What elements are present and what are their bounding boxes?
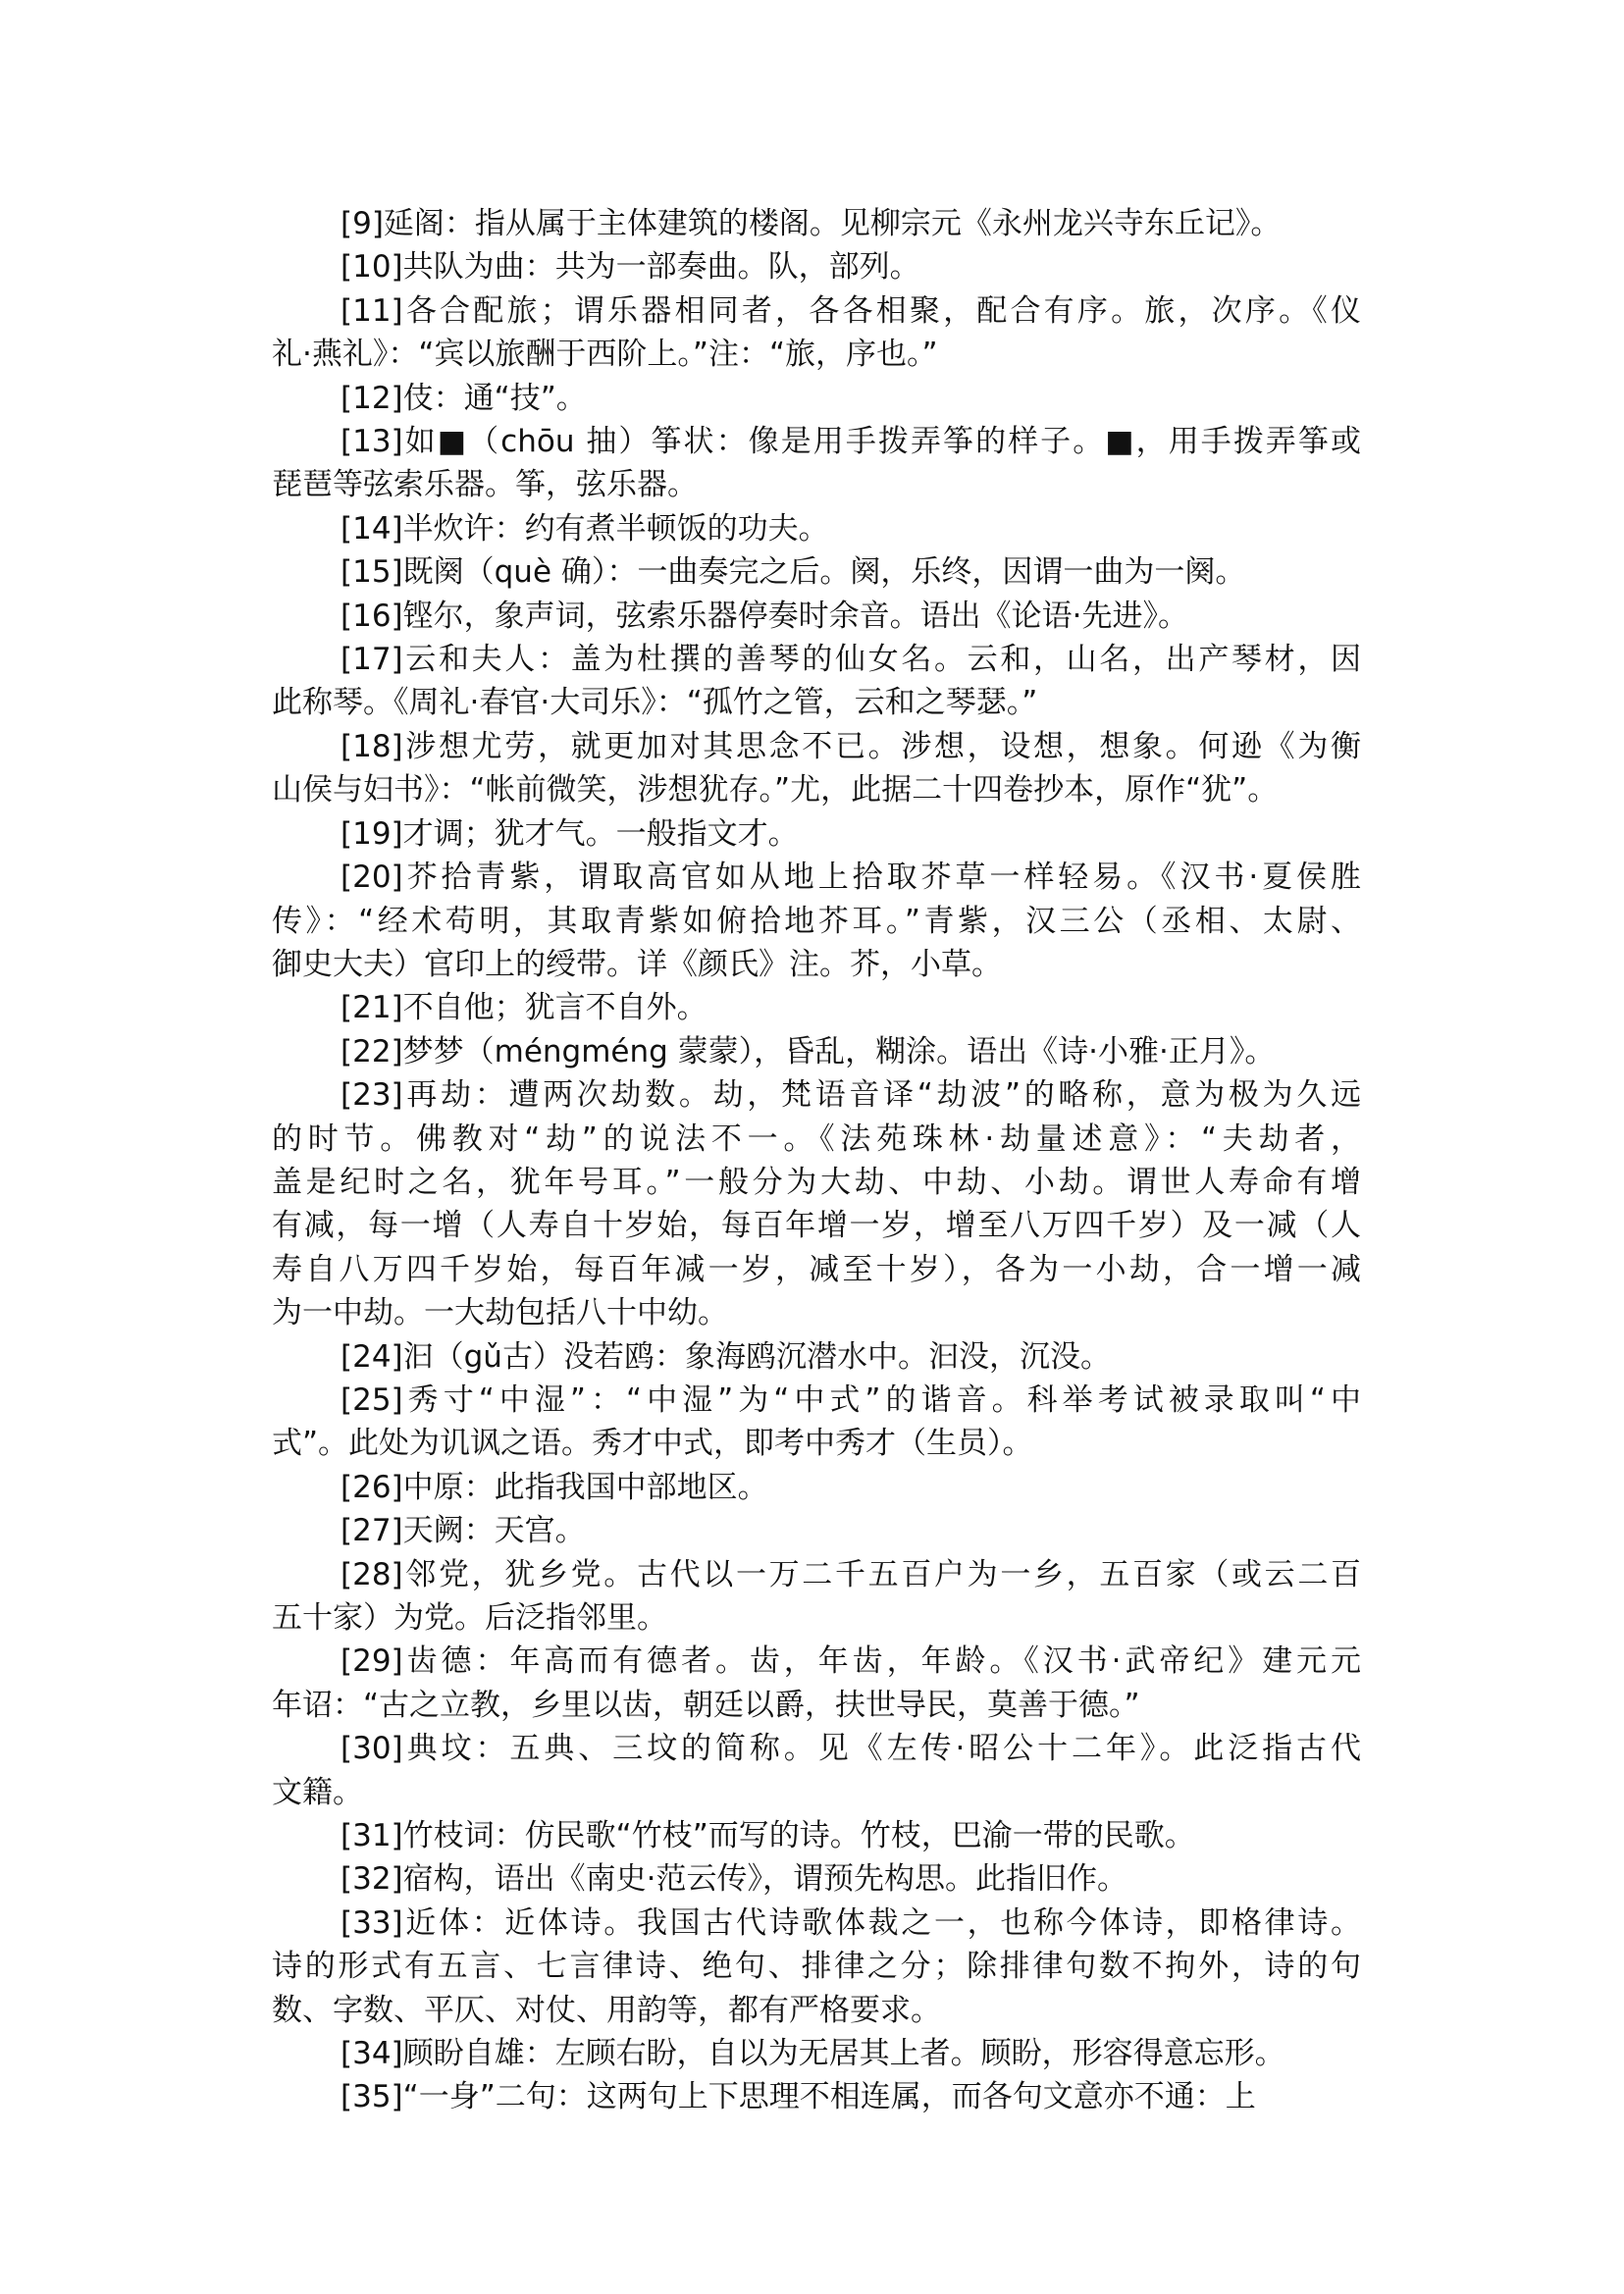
footnote-21: [21]不自他；犹言不自外。 — [272, 986, 1361, 1029]
footnote-line: [14]半炊许：约有煮半顿饭的功夫。 — [272, 507, 1361, 550]
footnote-line: [20]芥拾青紫，谓取高官如从地上拾取芥草一样轻易。《汉书·夏侯胜 — [272, 856, 1361, 899]
footnote-line: [9]延阁：指从属于主体建筑的楼阁。见柳宗元《永州龙兴寺东丘记》。 — [272, 202, 1361, 245]
footnote-10: [10]共队为曲：共为一部奏曲。队，部列。 — [272, 245, 1361, 288]
footnote-line: [25]秀寸“中湿”：“中湿”为“中式”的谐音。科举考试被录取叫“中 — [272, 1379, 1361, 1422]
footnote-line: [19]才调；犹才气。一般指文才。 — [272, 812, 1361, 856]
footnote-line: 寿自八万四千岁始，每百年减一岁，减至十岁），各为一小劫，合一增一减 — [272, 1248, 1361, 1291]
footnote-line: 此称琴。《周礼·春官·大司乐》：“孤竹之管，云和之琴瑟。” — [272, 681, 1361, 724]
footnote-17: [17]云和夫人：盖为杜撰的善琴的仙女名。云和，山名，出产琴材，因此称琴。《周礼… — [272, 638, 1361, 725]
footnote-line: [18]涉想尤劳，就更加对其思念不已。涉想，设想，想象。何逊《为衡 — [272, 725, 1361, 768]
footnote-32: [32]宿构，语出《南史·范云传》，谓预先构思。此指旧作。 — [272, 1857, 1361, 1901]
footnote-33: [33]近体：近体诗。我国古代诗歌体裁之一，也称今体诗，即格律诗。诗的形式有五言… — [272, 1902, 1361, 2032]
footnote-line: [28]邻党，犹乡党。古代以一万二千五百户为一乡，五百家（或云二百 — [272, 1553, 1361, 1596]
footnote-line: 山侯与妇书》：“帐前微笑，涉想犹存。”尤，此据二十四卷抄本，原作“犹”。 — [272, 768, 1361, 811]
footnote-12: [12]伎：通“技”。 — [272, 377, 1361, 420]
footnote-line: [35]“一身”二句：这两句上下思理不相连属，而各句文意亦不通：上 — [272, 2075, 1361, 2118]
footnote-line: [32]宿构，语出《南史·范云传》，谓预先构思。此指旧作。 — [272, 1857, 1361, 1901]
footnote-line: [24]汩（gǔ古）没若鸥：象海鸥沉潜水中。汩没，沉没。 — [272, 1335, 1361, 1379]
footnote-line: [16]铿尔，象声词，弦索乐器停奏时余音。语出《论语·先进》。 — [272, 595, 1361, 638]
footnote-line: [12]伎：通“技”。 — [272, 377, 1361, 420]
footnote-line: 年诏：“古之立教，乡里以齿，朝廷以爵，扶世导民，莫善于德。” — [272, 1684, 1361, 1727]
document-page: [9]延阁：指从属于主体建筑的楼阁。见柳宗元《永州龙兴寺东丘记》。[10]共队为… — [272, 202, 1361, 2119]
footnote-line: [15]既阕（què 确）：一曲奏完之后。阕，乐终，因谓一曲为一阕。 — [272, 550, 1361, 594]
footnote-34: [34]顾盼自雄：左顾右盼，自以为无居其上者。顾盼，形容得意忘形。 — [272, 2032, 1361, 2075]
footnote-line: [26]中原：此指我国中部地区。 — [272, 1466, 1361, 1509]
footnote-16: [16]铿尔，象声词，弦索乐器停奏时余音。语出《论语·先进》。 — [272, 595, 1361, 638]
footnote-line: 文籍。 — [272, 1771, 1361, 1814]
footnote-line: 琵琶等弦索乐器。筝，弦乐器。 — [272, 463, 1361, 506]
footnote-13: [13]如■（chōu 抽）筝状：像是用手拨弄筝的样子。■，用手拨弄筝或琵琶等弦… — [272, 420, 1361, 507]
footnote-26: [26]中原：此指我国中部地区。 — [272, 1466, 1361, 1509]
footnote-line: [11]各合配旅；谓乐器相同者，各各相聚，配合有序。旅，次序。《仪 — [272, 289, 1361, 333]
footnote-line: [27]天阙：天宫。 — [272, 1509, 1361, 1552]
footnote-line: 的时节。佛教对“劫”的说法不一。《法苑珠林·劫量述意》：“夫劫者， — [272, 1118, 1361, 1161]
footnote-28: [28]邻党，犹乡党。古代以一万二千五百户为一乡，五百家（或云二百五十家）为党。… — [272, 1553, 1361, 1641]
footnote-23: [23]再劫：遭两次劫数。劫，梵语音译“劫波”的略称，意为极为久远的时节。佛教对… — [272, 1073, 1361, 1334]
footnote-line: [34]顾盼自雄：左顾右盼，自以为无居其上者。顾盼，形容得意忘形。 — [272, 2032, 1361, 2075]
footnote-35: [35]“一身”二句：这两句上下思理不相连属，而各句文意亦不通：上 — [272, 2075, 1361, 2118]
footnote-line: [30]典坟：五典、三坟的简称。见《左传·昭公十二年》。此泛指古代 — [272, 1727, 1361, 1770]
footnote-line: 式”。此处为讥讽之语。秀才中式，即考中秀才（生员）。 — [272, 1422, 1361, 1465]
footnote-line: 御史大夫）官印上的绶带。详《颜氏》注。芥，小草。 — [272, 943, 1361, 986]
footnote-22: [22]梦梦（méngméng 蒙蒙），昏乱，糊涂。语出《诗·小雅·正月》。 — [272, 1030, 1361, 1073]
footnote-line: [17]云和夫人：盖为杜撰的善琴的仙女名。云和，山名，出产琴材，因 — [272, 638, 1361, 681]
footnote-19: [19]才调；犹才气。一般指文才。 — [272, 812, 1361, 856]
footnote-line: [31]竹枝词：仿民歌“竹枝”而写的诗。竹枝，巴渝一带的民歌。 — [272, 1814, 1361, 1857]
footnote-line: [13]如■（chōu 抽）筝状：像是用手拨弄筝的样子。■，用手拨弄筝或 — [272, 420, 1361, 463]
footnote-line: [23]再劫：遭两次劫数。劫，梵语音译“劫波”的略称，意为极为久远 — [272, 1073, 1361, 1117]
footnote-line: 礼·燕礼》：“宾以旅酬于西阶上。”注：“旅，序也。” — [272, 333, 1361, 376]
footnote-line: 五十家）为党。后泛指邻里。 — [272, 1596, 1361, 1640]
footnote-11: [11]各合配旅；谓乐器相同者，各各相聚，配合有序。旅，次序。《仪礼·燕礼》：“… — [272, 289, 1361, 377]
footnote-15: [15]既阕（què 确）：一曲奏完之后。阕，乐终，因谓一曲为一阕。 — [272, 550, 1361, 594]
footnote-line: [10]共队为曲：共为一部奏曲。队，部列。 — [272, 245, 1361, 288]
footnote-25: [25]秀寸“中湿”：“中湿”为“中式”的谐音。科举考试被录取叫“中式”。此处为… — [272, 1379, 1361, 1466]
footnote-line: 数、字数、平仄、对仗、用韵等，都有严格要求。 — [272, 1989, 1361, 2032]
footnote-line: [33]近体：近体诗。我国古代诗歌体裁之一，也称今体诗，即格律诗。 — [272, 1902, 1361, 1945]
footnote-24: [24]汩（gǔ古）没若鸥：象海鸥沉潜水中。汩没，沉没。 — [272, 1335, 1361, 1379]
footnote-20: [20]芥拾青紫，谓取高官如从地上拾取芥草一样轻易。《汉书·夏侯胜传》：“经术苟… — [272, 856, 1361, 986]
footnote-18: [18]涉想尤劳，就更加对其思念不已。涉想，设想，想象。何逊《为衡山侯与妇书》：… — [272, 725, 1361, 812]
footnote-line: 有减，每一增（人寿自十岁始，每百年增一岁，增至八万四千岁）及一减（人 — [272, 1204, 1361, 1247]
footnote-14: [14]半炊许：约有煮半顿饭的功夫。 — [272, 507, 1361, 550]
footnote-line: [29]齿德：年高而有德者。齿，年齿，年龄。《汉书·武帝纪》建元元 — [272, 1640, 1361, 1683]
footnote-line: 盖是纪时之名，犹年号耳。”一般分为大劫、中劫、小劫。谓世人寿命有增 — [272, 1161, 1361, 1204]
footnote-31: [31]竹枝词：仿民歌“竹枝”而写的诗。竹枝，巴渝一带的民歌。 — [272, 1814, 1361, 1857]
footnote-line: [22]梦梦（méngméng 蒙蒙），昏乱，糊涂。语出《诗·小雅·正月》。 — [272, 1030, 1361, 1073]
footnote-line: [21]不自他；犹言不自外。 — [272, 986, 1361, 1029]
footnote-29: [29]齿德：年高而有德者。齿，年齿，年龄。《汉书·武帝纪》建元元年诏：“古之立… — [272, 1640, 1361, 1727]
footnote-line: 诗的形式有五言、七言律诗、绝句、排律之分；除排律句数不拘外，诗的句 — [272, 1945, 1361, 1988]
footnote-30: [30]典坟：五典、三坟的简称。见《左传·昭公十二年》。此泛指古代文籍。 — [272, 1727, 1361, 1814]
footnote-27: [27]天阙：天宫。 — [272, 1509, 1361, 1552]
footnote-9: [9]延阁：指从属于主体建筑的楼阁。见柳宗元《永州龙兴寺东丘记》。 — [272, 202, 1361, 245]
footnote-line: 为一中劫。一大劫包括八十中幼。 — [272, 1291, 1361, 1334]
footnote-line: 传》：“经术苟明，其取青紫如俯拾地芥耳。”青紫，汉三公（丞相、太尉、 — [272, 900, 1361, 943]
